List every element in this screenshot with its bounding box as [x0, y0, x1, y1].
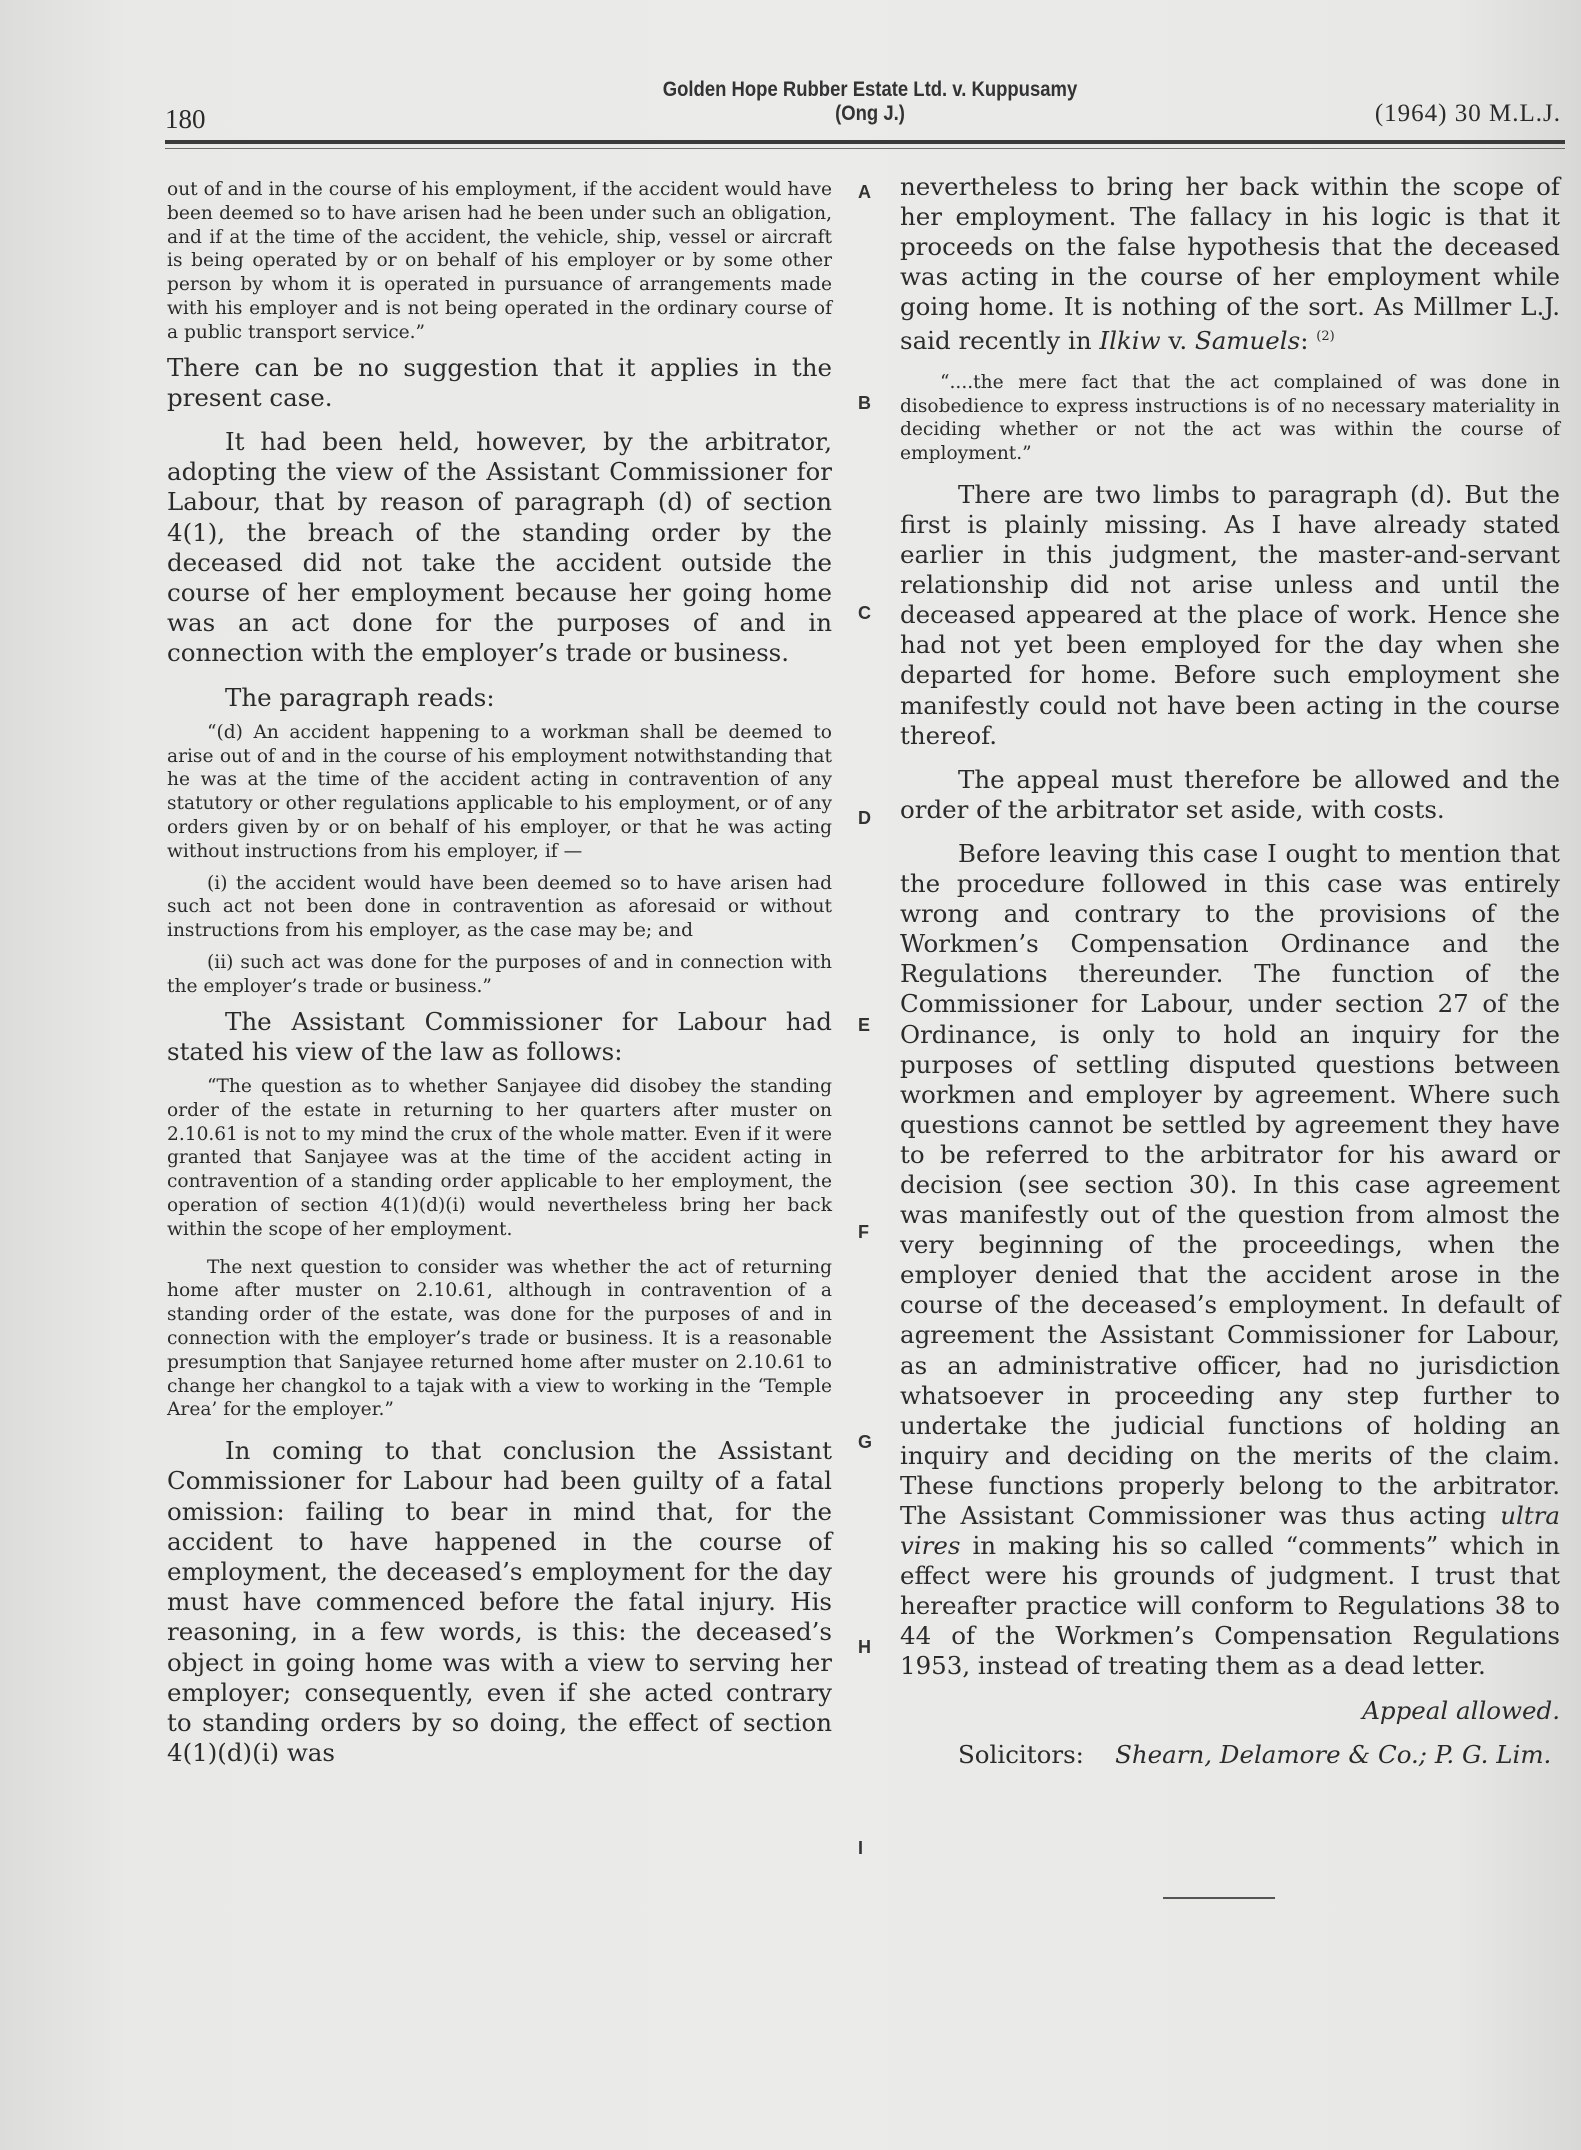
report-citation: (1964) 30 M.L.J. — [1375, 100, 1561, 128]
paragraph: It had been held, however, by the arbitr… — [167, 427, 832, 669]
commissioner-quote: “The question as to whether Sanjayee did… — [167, 1075, 832, 1242]
paragraph: There can be no suggestion that it appli… — [167, 353, 832, 413]
paragraph: Before leaving this case I ought to ment… — [900, 839, 1560, 1682]
margin-letter-i: I — [858, 1838, 863, 1859]
margin-letter-h: H — [858, 1637, 871, 1658]
running-header-title: Golden Hope Rubber Estate Ltd. v. Kuppus… — [597, 78, 1143, 126]
left-column: out of and in the course of his employme… — [167, 178, 832, 1768]
end-of-case-rule — [1163, 1897, 1275, 1899]
paragraph: There are two limbs to paragraph (d). Bu… — [900, 480, 1560, 751]
statute-quote-limb-i: (i) the accident would have been deemed … — [167, 872, 832, 943]
case-name: Ilkiw — [1099, 327, 1160, 356]
judge-name: (Ong J.) — [597, 102, 1143, 126]
page-number: 180 — [165, 104, 206, 135]
header-rule-thick — [165, 140, 1565, 144]
paragraph: The appeal must therefore be allowed and… — [900, 765, 1560, 825]
margin-letter-d: D — [858, 808, 871, 829]
statute-quote: “(d) An accident happening to a workman … — [167, 721, 832, 864]
header-rule-thin — [165, 148, 1565, 149]
margin-letter-f: F — [858, 1222, 869, 1243]
case-title: Golden Hope Rubber Estate Ltd. v. Kuppus… — [597, 78, 1143, 102]
paragraph: The paragraph reads: — [167, 683, 832, 713]
paragraph: nevertheless to bring her back within th… — [900, 172, 1560, 357]
document-page: 180 Golden Hope Rubber Estate Ltd. v. Ku… — [0, 0, 1581, 2150]
margin-letter-b: B — [858, 393, 871, 414]
paragraph: The Assistant Commissioner for Labour ha… — [167, 1007, 832, 1067]
footnote-ref: (2) — [1316, 329, 1334, 344]
result-line: Appeal allowed. — [900, 1696, 1560, 1726]
margin-letter-g: G — [858, 1432, 872, 1453]
right-column: nevertheless to bring her back within th… — [900, 172, 1560, 1770]
margin-letter-c: C — [858, 603, 871, 624]
judicial-quote: “....the mere fact that the act complain… — [900, 371, 1560, 466]
statute-quote-continued: out of and in the course of his employme… — [167, 178, 832, 345]
case-name: Samuels — [1195, 327, 1300, 356]
margin-letter-a: A — [858, 182, 871, 203]
solicitors-line: Solicitors: Shearn, Delamore & Co.; P. G… — [900, 1740, 1560, 1770]
commissioner-quote: The next question to consider was whethe… — [167, 1256, 832, 1423]
margin-letter-e: E — [858, 1015, 870, 1036]
paragraph: In coming to that conclusion the Assista… — [167, 1436, 832, 1768]
statute-quote-limb-ii: (ii) such act was done for the purposes … — [167, 951, 832, 999]
